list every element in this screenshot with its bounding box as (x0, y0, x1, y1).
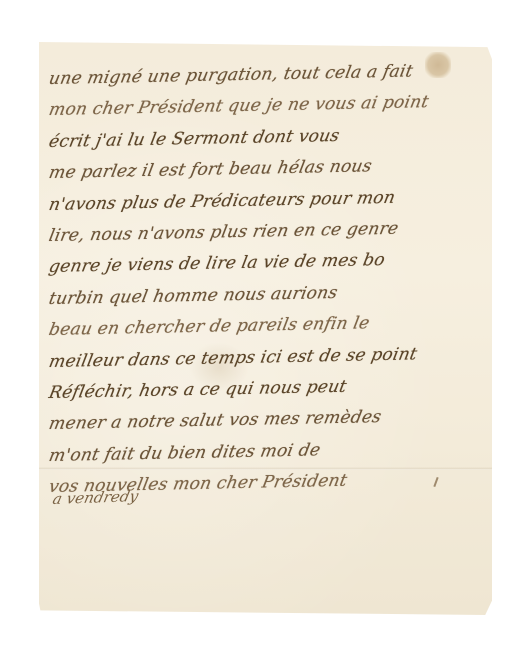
letter-body: une migné une purgation, tout cela a fai… (49, 64, 489, 503)
letter-paper: une migné une purgation, tout cela a fai… (39, 42, 492, 615)
letter-closing: a vendredy (51, 487, 140, 508)
